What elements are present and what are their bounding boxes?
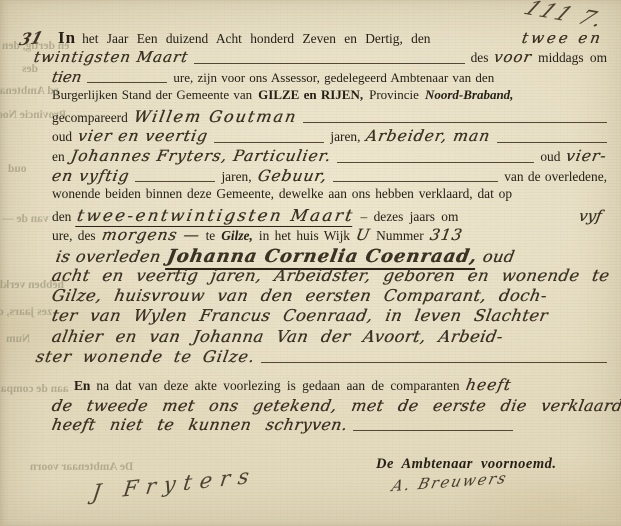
printed-text: den bbox=[52, 209, 71, 225]
scanned-death-certificate: en dertig, dendesrd AmbtenaaProvincie No… bbox=[0, 0, 621, 526]
handwritten-text: morgens — bbox=[100, 226, 201, 244]
printed-text: na dat van deze akte voorlezing is gedaa… bbox=[96, 378, 459, 394]
ruled-fill-line bbox=[497, 138, 607, 143]
document-line: dentwee-entwintigsten Maart– dezes jaars… bbox=[0, 206, 621, 226]
ruled-fill-line bbox=[135, 177, 215, 182]
document-line: Burgerlijken Stand der Gemeente vanGILZE… bbox=[0, 87, 621, 107]
handwritten-text: vier- bbox=[565, 147, 609, 165]
document-line: de tweede met ons getekend, met de eerst… bbox=[0, 396, 621, 416]
document-line: acht en veertig jaren, Arbeidster, gebor… bbox=[0, 266, 621, 286]
printed-text: wonende beiden binnen deze Gemeente, dew… bbox=[52, 186, 512, 202]
witness-signature: J Fryters bbox=[91, 463, 259, 505]
printed-text: – dezes jaars om bbox=[361, 209, 459, 225]
document-line: twintigsten Maartdesvoormiddags om bbox=[0, 48, 621, 68]
handwritten-text: heeft niet te kunnen schryven. bbox=[50, 415, 349, 434]
handwritten-text: Gilze, huisvrouw van den eersten Compara… bbox=[50, 286, 548, 305]
folio-mark: 111 7. bbox=[519, 0, 611, 32]
document-line: Gilze, huisvrouw van den eersten Compara… bbox=[0, 286, 621, 306]
document-line: enJohannes Fryters, Particulier.oudvier- bbox=[0, 147, 621, 167]
printed-text: Gilze, bbox=[221, 228, 253, 244]
document-line: heeft niet te kunnen schryven. bbox=[0, 415, 621, 435]
handwritten-text: ster wonende te Gilze. bbox=[34, 347, 256, 366]
printed-text: ure, des bbox=[52, 228, 96, 244]
document-line: oudvier en veertigjaren,Arbeider, man bbox=[0, 127, 621, 147]
printed-text: het Jaar Een duizend Acht honderd Zeven … bbox=[82, 31, 430, 47]
document-line: gecompareerdWillem Goutman bbox=[0, 107, 621, 127]
printed-text: en bbox=[52, 149, 65, 165]
handwritten-text: is overleden bbox=[54, 247, 162, 266]
ruled-fill-line bbox=[214, 138, 324, 143]
handwritten-text: heeft bbox=[464, 376, 512, 394]
bleedthrough-text: De Ambtenaar voorn bbox=[30, 461, 133, 473]
printed-text: ure, zijn voor ons Assessor, gedelegeerd… bbox=[173, 70, 494, 86]
handwritten-text: twee en bbox=[520, 29, 604, 47]
document-line: wonende beiden binnen deze Gemeente, dew… bbox=[0, 186, 621, 206]
printed-text: Nummer bbox=[376, 228, 424, 244]
handwritten-text: Arbeider, man bbox=[365, 127, 492, 145]
handwritten-text: en vyftig bbox=[50, 167, 131, 185]
printed-text: Burgerlijken Stand der Gemeente van bbox=[52, 87, 252, 103]
ruled-fill-line bbox=[333, 177, 499, 182]
printed-text: te bbox=[206, 228, 216, 244]
ruled-fill-line bbox=[353, 426, 513, 431]
printed-text: En bbox=[74, 378, 90, 394]
document-line: is overledenJohanna Cornelia Coenraad,ou… bbox=[0, 246, 621, 266]
document-line: tienure, zijn voor ons Assessor, gedeleg… bbox=[0, 68, 621, 88]
handwritten-text: vyf bbox=[577, 207, 603, 225]
ruled-fill-line bbox=[261, 358, 607, 363]
handwritten-text: tien bbox=[50, 68, 83, 86]
handwritten-text: twintigsten Maart bbox=[32, 48, 189, 66]
handwritten-text: vier en veertig bbox=[77, 127, 210, 145]
document-line: ter van Wylen Francus Coenraad, in leven… bbox=[0, 306, 621, 326]
handwritten-text: voor bbox=[493, 48, 534, 66]
ruled-fill-line bbox=[194, 59, 464, 64]
handwritten-text: 313 bbox=[428, 226, 464, 244]
printed-text: middags om bbox=[538, 50, 607, 66]
printed-text: van de overledene, bbox=[504, 169, 607, 185]
printed-text: Provincie bbox=[369, 87, 419, 103]
handwritten-text: U bbox=[354, 226, 371, 244]
printed-text: GILZE en RIJEN, bbox=[258, 87, 363, 103]
handwritten-text: ter van Wylen Francus Coenraad, in leven… bbox=[50, 306, 549, 325]
printed-text: in het huis Wijk bbox=[259, 228, 350, 244]
document-line: Inhet Jaar Een duizend Acht honderd Zeve… bbox=[0, 28, 621, 48]
ruled-fill-line bbox=[303, 118, 607, 123]
handwritten-text: acht en veertig jaren, Arbeidster, gebor… bbox=[50, 266, 611, 285]
ruled-fill-line bbox=[87, 78, 167, 83]
handwritten-text: de tweede met ons getekend, met de eerst… bbox=[50, 396, 621, 415]
handwritten-text: twee-entwintigsten Maart bbox=[75, 206, 356, 227]
printed-text: oud bbox=[540, 149, 560, 165]
document-line: en vyftigjaren,Gebuur,van de overledene, bbox=[0, 167, 621, 187]
printed-text: des bbox=[471, 50, 489, 66]
document-line: alhier en van Johanna Van der Avoort, Ar… bbox=[0, 327, 621, 347]
printed-text: In bbox=[58, 28, 76, 48]
document-line: Enna dat van deze akte voorlezing is ged… bbox=[0, 376, 621, 396]
handwritten-text: Gebuur, bbox=[256, 167, 328, 185]
printed-text: jaren, bbox=[221, 169, 251, 185]
document-line: ure, desmorgens —teGilze,in het huis Wij… bbox=[0, 226, 621, 246]
handwritten-text: oud bbox=[481, 247, 516, 266]
printed-text: Noord-Braband, bbox=[425, 87, 514, 103]
printed-text: jaren, bbox=[330, 129, 360, 145]
handwritten-text: Willem Goutman bbox=[132, 107, 299, 126]
printed-text: gecompareerd bbox=[52, 110, 128, 126]
document-body: Inhet Jaar Een duizend Acht honderd Zeve… bbox=[0, 28, 621, 435]
handwritten-text: alhier en van Johanna Van der Avoort, Ar… bbox=[50, 327, 504, 346]
ruled-fill-line bbox=[337, 158, 534, 163]
printed-text: oud bbox=[52, 129, 72, 145]
handwritten-text: Johannes Fryters, Particulier. bbox=[69, 147, 332, 165]
document-line: ster wonende te Gilze. bbox=[0, 347, 621, 367]
officer-title: De Ambtenaar voornoemd. bbox=[376, 456, 556, 473]
